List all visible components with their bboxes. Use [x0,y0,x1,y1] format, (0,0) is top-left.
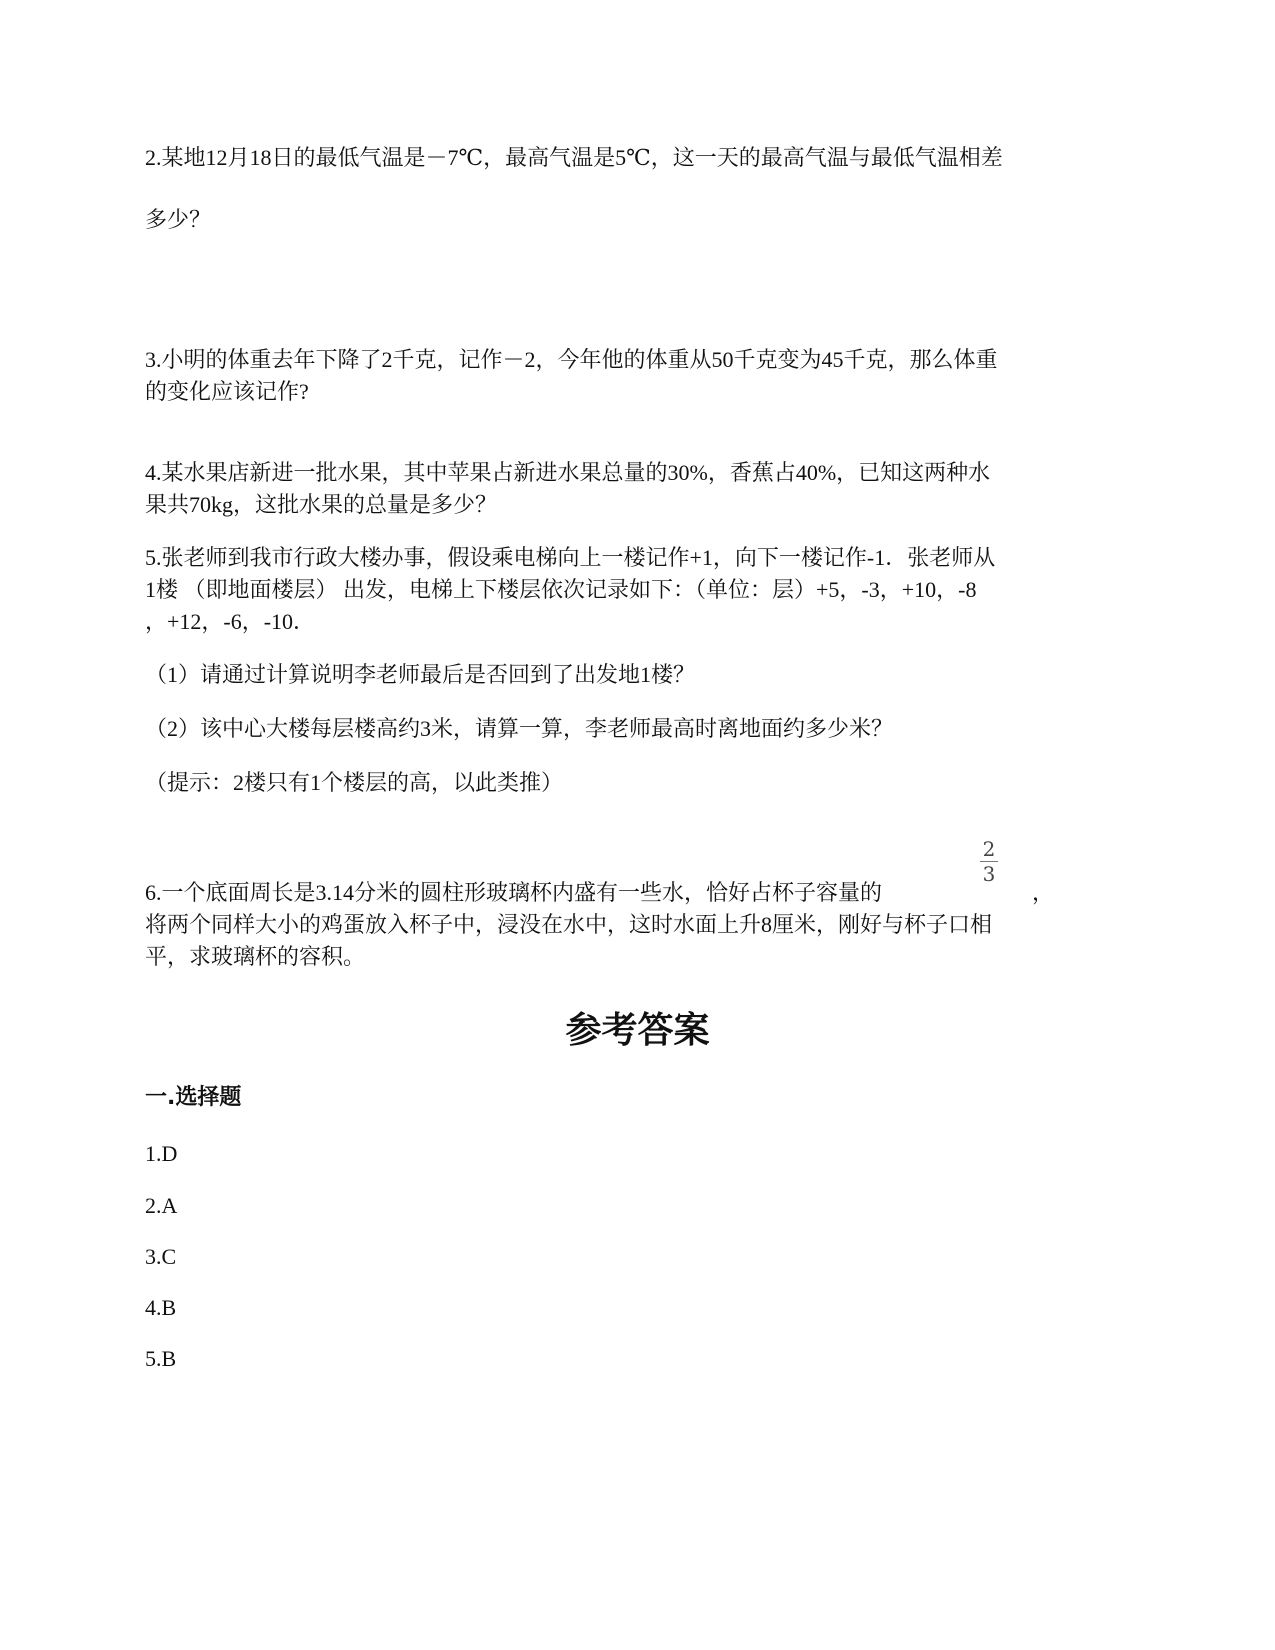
question-6-line-2: 将两个同样大小的鸡蛋放入杯子中，浸没在水中，这时水面上升8厘米，刚好与杯子口相 [145,909,992,941]
question-6-line-1-end: ， [1032,877,1054,909]
question-6-line-3: 平，求玻璃杯的容积。 [145,941,365,973]
question-2-line-2: 多少？ [145,204,211,236]
answer-item: 3.C [145,1244,176,1270]
answer-item: 1.D [145,1141,177,1167]
question-6-line-1: 6.一个底面周长是3.14分米的圆柱形玻璃杯内盛有一些水，恰好占杯子容量的 [145,877,882,909]
answer-item: 2.A [145,1193,177,1219]
question-4-line-1: 4.某水果店新进一批水果，其中苹果占新进水果总量的30%，香蕉占40%，已知这两… [145,457,990,489]
question-5-sub-1: （1）请通过计算说明李老师最后是否回到了出发地1楼？ [145,659,695,691]
question-5-line-3: ，+12，-6，-10． [145,606,315,638]
question-5-line-1: 5.张老师到我市行政大楼办事，假设乘电梯向上一楼记作+1，向下一楼记作-1．张老… [145,542,995,574]
answer-item: 4.B [145,1295,176,1321]
section-heading-multiple-choice: 一.选择题 [145,1080,241,1111]
question-3-line-1: 3.小明的体重去年下降了2千克，记作－2，今年他的体重从50千克变为45千克，那… [145,344,998,376]
question-5-hint: （提示：2楼只有1个楼层的高，以此类推） [145,767,563,799]
question-5-line-2: 1楼 （即地面楼层） 出发，电梯上下楼层依次记录如下：（单位：层）+5，-3，+… [145,574,976,606]
fraction-numerator: 2 [983,837,996,861]
answers-title: 参考答案 [0,1002,1275,1053]
fraction-denominator: 3 [983,862,996,886]
fraction-two-thirds: 2 3 [978,838,1000,885]
question-2-line-1: 2.某地12月18日的最低气温是－7℃，最高气温是5℃，这一天的最高气温与最低气… [145,142,1003,174]
question-3-line-2: 的变化应该记作? [145,376,309,408]
question-4-line-2: 果共70kg，这批水果的总量是多少？ [145,489,497,521]
question-5-sub-2: （2）该中心大楼每层楼高约3米，请算一算，李老师最高时离地面约多少米？ [145,713,893,745]
answer-item: 5.B [145,1346,176,1372]
